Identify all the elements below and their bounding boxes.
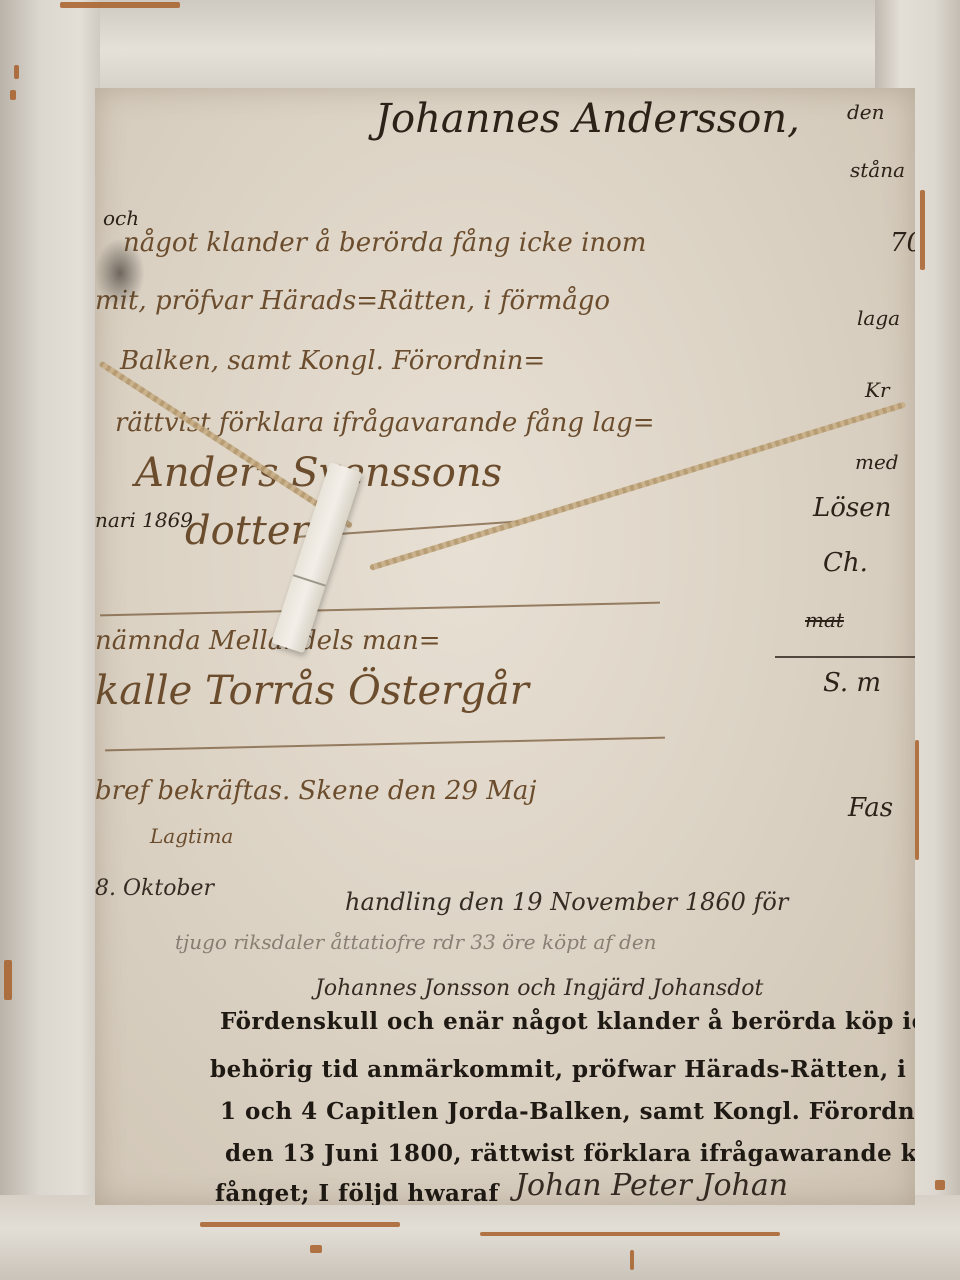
right-word: Ch. [823, 548, 868, 578]
right-word: S. m [823, 668, 881, 698]
doc-printed-line: behörig tid anmärkommit, pröfwar Härads-… [210, 1056, 915, 1083]
right-word: 70 [890, 228, 915, 258]
paint-chip [915, 740, 919, 860]
doc-line: nämnda Mellandels man= [95, 626, 441, 656]
doc-line: Johannes Jonsson och Ingjärd Johansdot [315, 976, 763, 1001]
right-word: laga [857, 306, 900, 330]
doc-printed-line: den 13 Juni 1800, rättwist förklara ifrå… [225, 1140, 915, 1167]
right-word: med [855, 450, 899, 474]
paint-chip [4, 960, 12, 1000]
right-word: Lösen [813, 493, 891, 523]
rule-line [100, 602, 660, 616]
doc-line: mit, pröfvar Härads=Rätten, i förmågo [95, 286, 610, 316]
doc-line: nari 1869 [95, 508, 193, 532]
doc-line: tjugo riksdaler åttatiofre rdr 33 öre kö… [175, 930, 657, 954]
rule-line [775, 656, 915, 658]
paint-chip [200, 1222, 400, 1227]
doc-line: Johannes Andersson, [375, 96, 800, 142]
doc-line: kalle Torrås Östergår [95, 668, 529, 714]
doc-line: Anders Svenssons [135, 450, 502, 496]
doc-line: bref bekräftas. Skene den 29 Maj [95, 776, 536, 806]
doc-line: 8. Oktober [95, 876, 214, 901]
clothespin-joint [293, 574, 326, 586]
doc-printed-line: 1 och 4 Capitlen Jorda-Balken, samt Kong… [220, 1098, 915, 1125]
document-paper: Johannes Andersson, och något klander å … [95, 88, 915, 1205]
ink-smudge [95, 238, 145, 308]
doc-line: handling den 19 November 1860 för [345, 888, 788, 916]
doc-printed-line: fånget; I följd hwaraf [215, 1180, 499, 1205]
doc-line: dotter [185, 508, 310, 554]
picture-frame: Johannes Andersson, och något klander å … [0, 0, 960, 1280]
paint-chip [630, 1250, 634, 1270]
frame-left-rail [0, 0, 100, 1280]
doc-line: Balken, samt Kongl. Förordnin= [120, 346, 545, 376]
paint-chip [920, 190, 925, 270]
paint-chip [10, 90, 16, 100]
frame-bottom-rail [0, 1195, 960, 1280]
right-word: ståna [850, 158, 905, 182]
rule-line [105, 737, 665, 751]
doc-printed-line: Fördenskull och enär något klander å ber… [220, 1008, 915, 1035]
paint-chip [60, 2, 180, 8]
frame-top-rail [0, 0, 960, 92]
paint-chip [480, 1232, 780, 1236]
right-word: Fas [848, 793, 893, 823]
signature: Johan Peter Johan [515, 1168, 788, 1203]
doc-line: Lagtima [150, 824, 233, 848]
paint-chip [14, 65, 19, 79]
doc-line: och [103, 206, 139, 230]
right-word: mat [805, 608, 844, 632]
paint-chip [310, 1245, 322, 1253]
paint-chip [935, 1180, 945, 1190]
right-word: Kr [865, 378, 890, 402]
right-word: den [847, 100, 885, 124]
doc-line: något klander å berörda fång icke inom [123, 228, 646, 258]
